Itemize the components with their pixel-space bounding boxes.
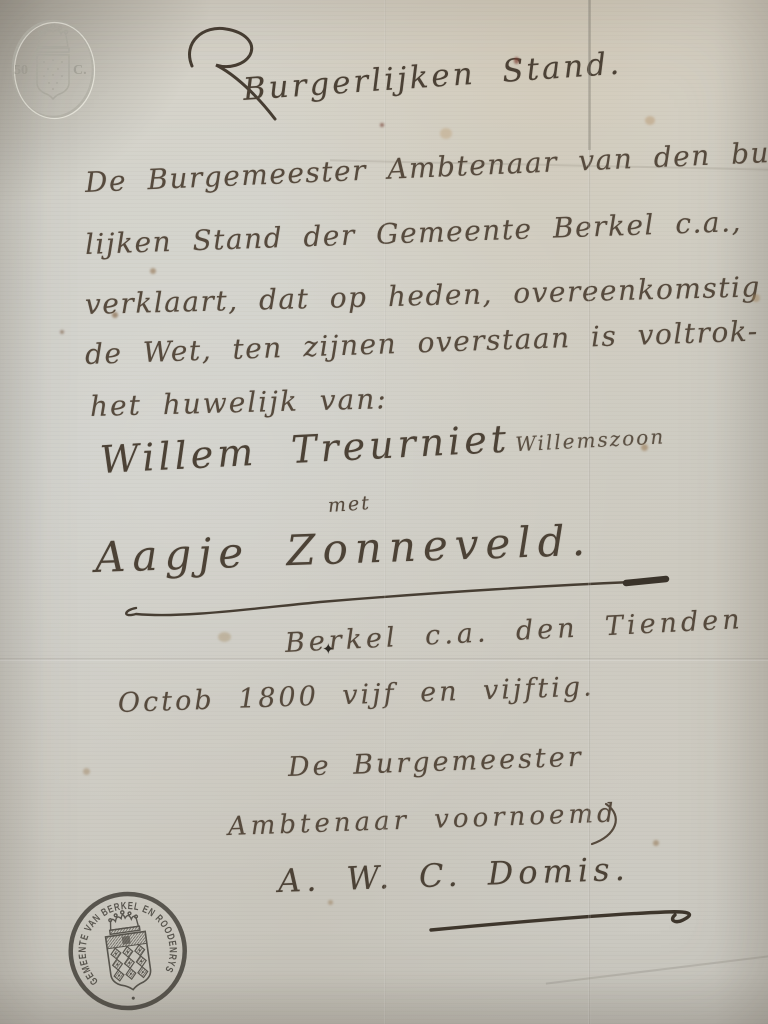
- seal-unit: C.: [73, 63, 87, 78]
- signature-title-line: De Burgemeester: [287, 742, 584, 783]
- date-line: Octob 1800 vijf en vijftig.: [117, 671, 595, 719]
- body-line-3: verklaart, dat op heden, overeenkomstig: [85, 270, 762, 321]
- foxing-spot: [380, 123, 384, 127]
- seal-shield-icon: [37, 55, 69, 99]
- signature-role-flourish: [588, 800, 630, 848]
- body-line-5: het huwelijk van:: [90, 382, 389, 423]
- stamp-shield-icon: [106, 931, 153, 992]
- document-title: Burgerlijken Stand.: [242, 46, 623, 108]
- body-line-4: de Wet, ten zijnen overstaan is voltrok-: [84, 314, 759, 371]
- horizontal-fold-middle: [0, 658, 768, 661]
- foxing-spot: [653, 840, 659, 846]
- seal-crown-icon: [37, 24, 69, 52]
- seal-denomination: 50: [14, 63, 28, 78]
- municipal-stamp: GEMEENTE VAN BERKEL EN ROODENRYS •: [54, 878, 201, 1024]
- document-photo: 50 C. Burgerlijken Stand. De Burgemeeste…: [0, 0, 768, 1024]
- ink-blot: ✦: [322, 640, 335, 658]
- foxing-spot: [60, 330, 64, 334]
- signature-underline-flourish: [425, 898, 720, 940]
- body-line-2: lijken Stand der Gemeente Berkel c.a.,: [84, 205, 742, 261]
- foxing-spot: [83, 768, 90, 775]
- groom-name: Willem Treurniet: [99, 417, 511, 482]
- groom-patronym: Willemszoon: [515, 424, 666, 456]
- stamp-separator-dot: •: [131, 992, 137, 1004]
- foxing-spot: [645, 116, 655, 125]
- signature-role-line: Ambtenaar voornoemd: [227, 798, 618, 842]
- signature-name: A. W. C. Domis.: [277, 850, 630, 900]
- connector-word: met: [327, 492, 371, 517]
- embossed-revenue-seal: 50 C.: [9, 17, 97, 121]
- foxing-spot: [328, 900, 333, 905]
- foxing-spot: [218, 632, 231, 642]
- diagonal-crease-bottom-right: [546, 953, 768, 984]
- foxing-spot: [150, 268, 156, 274]
- foxing-spot: [440, 128, 452, 139]
- body-line-1: De Burgemeester Ambtenaar van den burge-: [84, 133, 768, 199]
